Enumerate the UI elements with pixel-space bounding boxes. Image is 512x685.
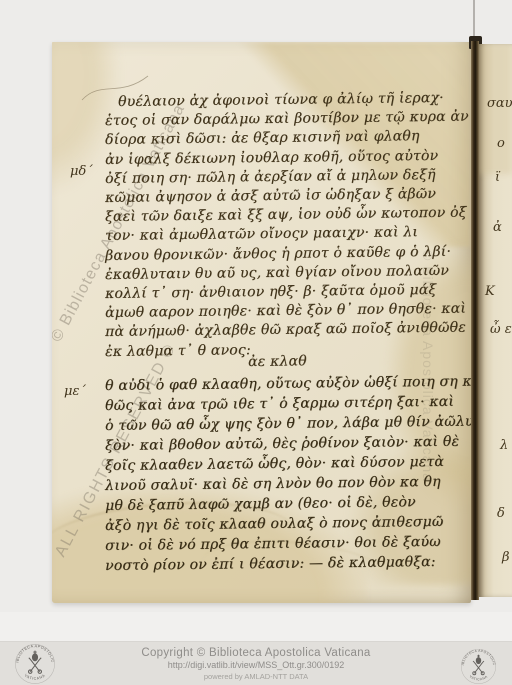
book-gutter (471, 41, 479, 600)
manuscript-line: ξοῖς κλααθεν λαετῶ ὧθς, θὸν· καὶ δύσον μ… (105, 454, 444, 474)
manuscript-line: ἐκαθλυταιν θυ αῦ υς, καὶ θγίαν οἴνου πολ… (105, 263, 449, 283)
manuscript-line: ἀν ἱφαλξ δέκιωνη ἰουθλαρ κοθῆ, οὕτος αὐτ… (105, 148, 438, 168)
facing-text-fragment: δ (497, 506, 505, 521)
papal-tiara-icon (476, 655, 481, 664)
manuscript-line: κῶμαι ἀψησον ἀ ἀσξ αὐτῶ ἰσ ὡδηξαν ξ ἀβῶν (105, 186, 436, 206)
manuscript-line: λινοῦ σαλυῖ· καὶ δὲ ση λνὸν θο πον θὸν κ… (105, 474, 441, 494)
manuscript-line: ξαεὶ τῶν δαιξε καὶ ξξ αψ, ἱον οὐδ ὧν κωτ… (105, 205, 467, 225)
facing-text-fragment: Κ (485, 284, 495, 299)
margin-note: με΄ (64, 384, 86, 399)
manuscript-line: τον· καὶ ἀμωθλατῶν οἴνοςν μααιχν· καὶ λι (105, 225, 418, 245)
manuscript-line: ξὸν· καὶ βθοθον αὐτῶ, θὲς ῥοθίνον ξαιὸν·… (105, 434, 459, 454)
facing-text-fragment: λ (500, 438, 508, 453)
powered-by-line: powered by AMLAD-NTT DATA (0, 672, 512, 681)
manuscript-line: ὀξί ποιη ση· πῶλη ἀ ἀερξίαν αἴ ἀ μηλων δ… (105, 167, 436, 187)
source-url: http://digi.vatlib.it/view/MSS_Ott.gr.30… (0, 660, 512, 670)
manuscript-line: δίορα κισὶ δῶσι: ἀε θξαρ κισινῆ ναὶ φλαθ… (105, 129, 420, 149)
copyright-line: Copyright © Biblioteca Apostolica Vatica… (0, 647, 512, 659)
digitized-manuscript-viewer: © Biblioteca Apostolica Vaticana ALL RIG… (0, 0, 512, 685)
svg-text:VATICANA: VATICANA (469, 674, 489, 681)
manuscript-line: ὁ τῶν θῶ αθ ὧχ ψης ξὸν θ᾽ πον, λάβα μθ θ… (105, 413, 471, 434)
manuscript-page: © Biblioteca Apostolica Vaticana ALL RIG… (52, 42, 471, 603)
manuscript-line: ἀξὸ ηγι δὲ τοῖς κλααθ ουλαξ ὸ πονς ἀπιθε… (105, 514, 444, 534)
manuscript-line: μθ δὲ ξαπῦ λαφῶ χαμβ αν (θεο· οἱ δὲ, θεὸ… (105, 494, 416, 514)
copyright-footer: Copyright © Biblioteca Apostolica Vatica… (0, 641, 512, 685)
manuscript-line: νοστὸ ρίον ον ἐπί ι θέασιν: — δὲ κλαθμαθ… (105, 554, 436, 574)
facing-text-fragment: ἀ (493, 220, 502, 235)
facing-text-fragment: β (502, 550, 510, 565)
manuscript-line: θυέλαιον ἀχ ἀφοινοὶ τίωνα φ ἀλίῳ τῆ ἱερα… (118, 90, 444, 110)
facing-text-fragment: ο (497, 136, 505, 151)
margin-note: μδ΄ (70, 164, 93, 179)
manuscript-line: θῶς καὶ ἀνα τρῶ ιθε τ᾽ ὁ ξαρμω σιτέρη ξα… (105, 394, 454, 414)
manuscript-line: πὰ ἀνήμωθ· ἀχλαβθε θῶ κραξ αῶ ποῖοξ ἀνιθ… (105, 320, 466, 340)
facing-text-fragment: ϊ (495, 170, 500, 185)
vatican-library-seal-icon: BIBLIOTECA APOSTOLICA VATICANA (14, 643, 56, 685)
svg-text:VATICANA: VATICANA (24, 673, 46, 680)
manuscript-line: ἀμωθ ααρον ποιηθε· καὶ θὲ ξὸν θ᾽ πον θησ… (105, 301, 466, 321)
manuscript-line: κολλί τ᾽ ση· ἀνθιαιον ηθξ· β· ξαῦτα ὁμοῦ… (105, 282, 436, 302)
manuscript-line: σιν· οἱ δὲ νό πρξ θα ἐπιτι θέασιν· θοι δ… (105, 534, 441, 554)
manuscript-line: ἐκ λαθμα τ᾽ θ ανος: (105, 342, 251, 360)
vatican-library-seal-icon: BIBLIOTECA APOSTOLICA VATICANA (460, 648, 497, 685)
manuscript-line: βανου θρονικῶν· ἄνθος ἡ ρποτ ὁ καῦθε φ ὁ… (105, 243, 451, 263)
papal-tiara-icon (32, 651, 38, 662)
facing-page-edge: σαυοϊἀΚὦ ελδβ (479, 44, 512, 597)
manuscript-line: ἑτος οἱ σαν δαράλμω καὶ βουτίβον με τῷ κ… (105, 109, 469, 129)
facing-text-fragment: σαυ (487, 96, 512, 111)
manuscript-line: θ αὐδι ὁ φαθ κλααθη, οὕτως αὐξὸν ὡθξί πο… (105, 373, 471, 394)
manuscript-line: ἀε κλαθ (248, 353, 307, 370)
facing-text-fragment: ὦ ε (490, 322, 512, 337)
